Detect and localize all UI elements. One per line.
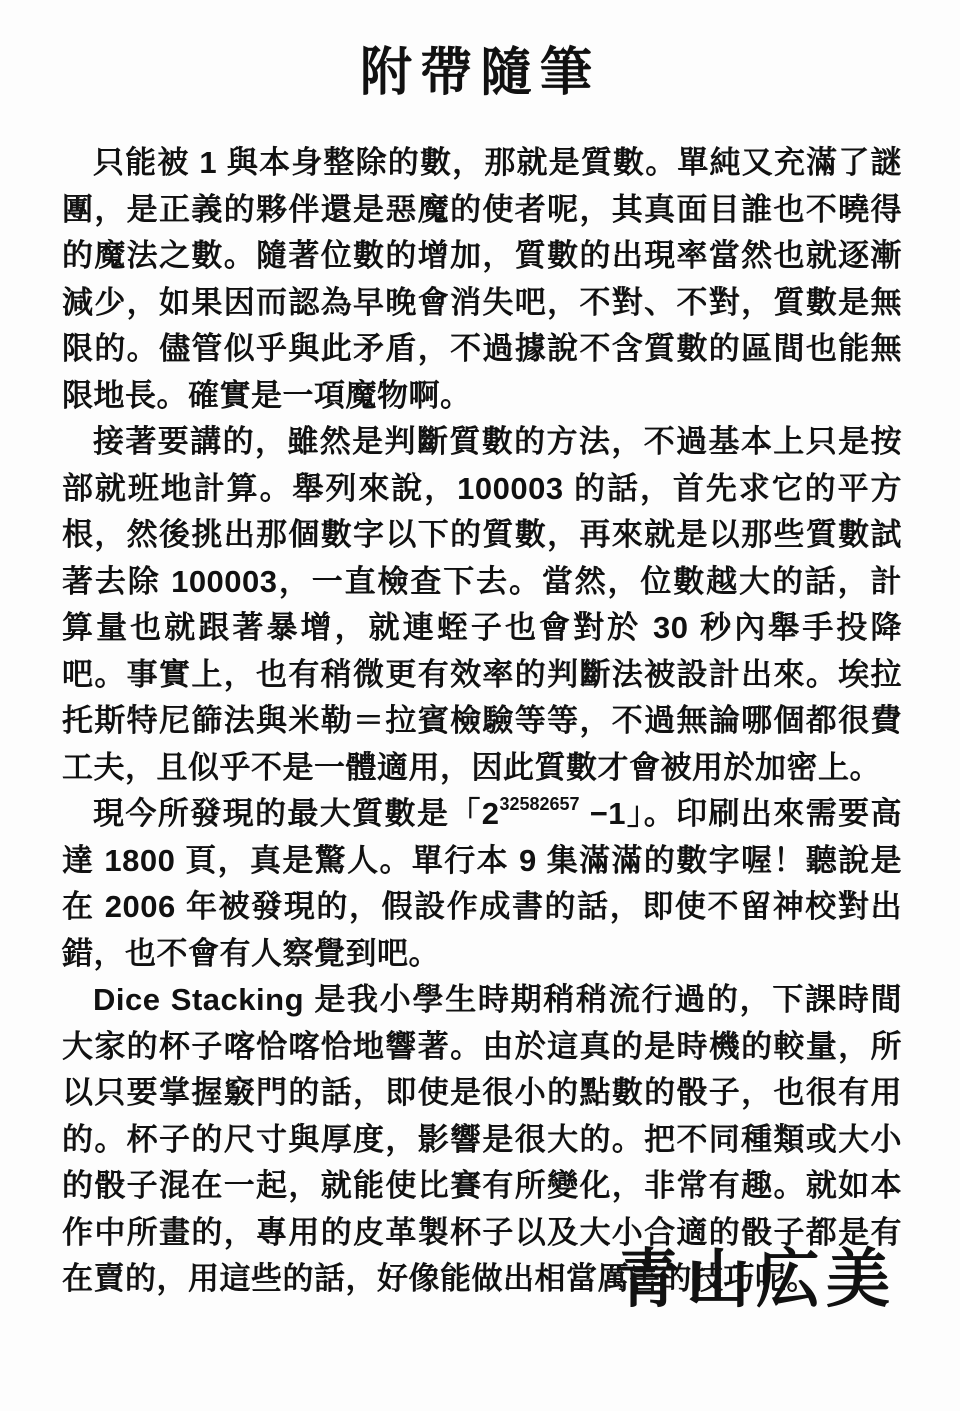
essay-body: 只能被 1 與本身整除的數，那就是質數。單純又充滿了謎團，是正義的夥伴還是惡魔的… xyxy=(0,104,960,1303)
paragraph-primality-testing: 接著要講的，雖然是判斷質數的方法，不過基本上只是按部就班地計算。舉列來說，100… xyxy=(62,419,902,791)
page-title: 附帶隨筆 xyxy=(0,0,960,104)
paragraph-largest-prime: 現今所發現的最大質數是「232582657 −1」。印刷出來需要高達 1800 … xyxy=(62,791,902,977)
prime-exponent-superscript: 32582657 xyxy=(499,794,579,814)
largest-prime-text-before: 現今所發現的最大質數是「2 xyxy=(93,796,499,831)
author-signature: 青山広美 xyxy=(616,1244,896,1314)
essay-page: 附帶隨筆 只能被 1 與本身整除的數，那就是質數。單純又充滿了謎團，是正義的夥伴… xyxy=(0,0,960,1411)
paragraph-primes-intro: 只能被 1 與本身整除的數，那就是質數。單純又充滿了謎團，是正義的夥伴還是惡魔的… xyxy=(62,140,902,419)
